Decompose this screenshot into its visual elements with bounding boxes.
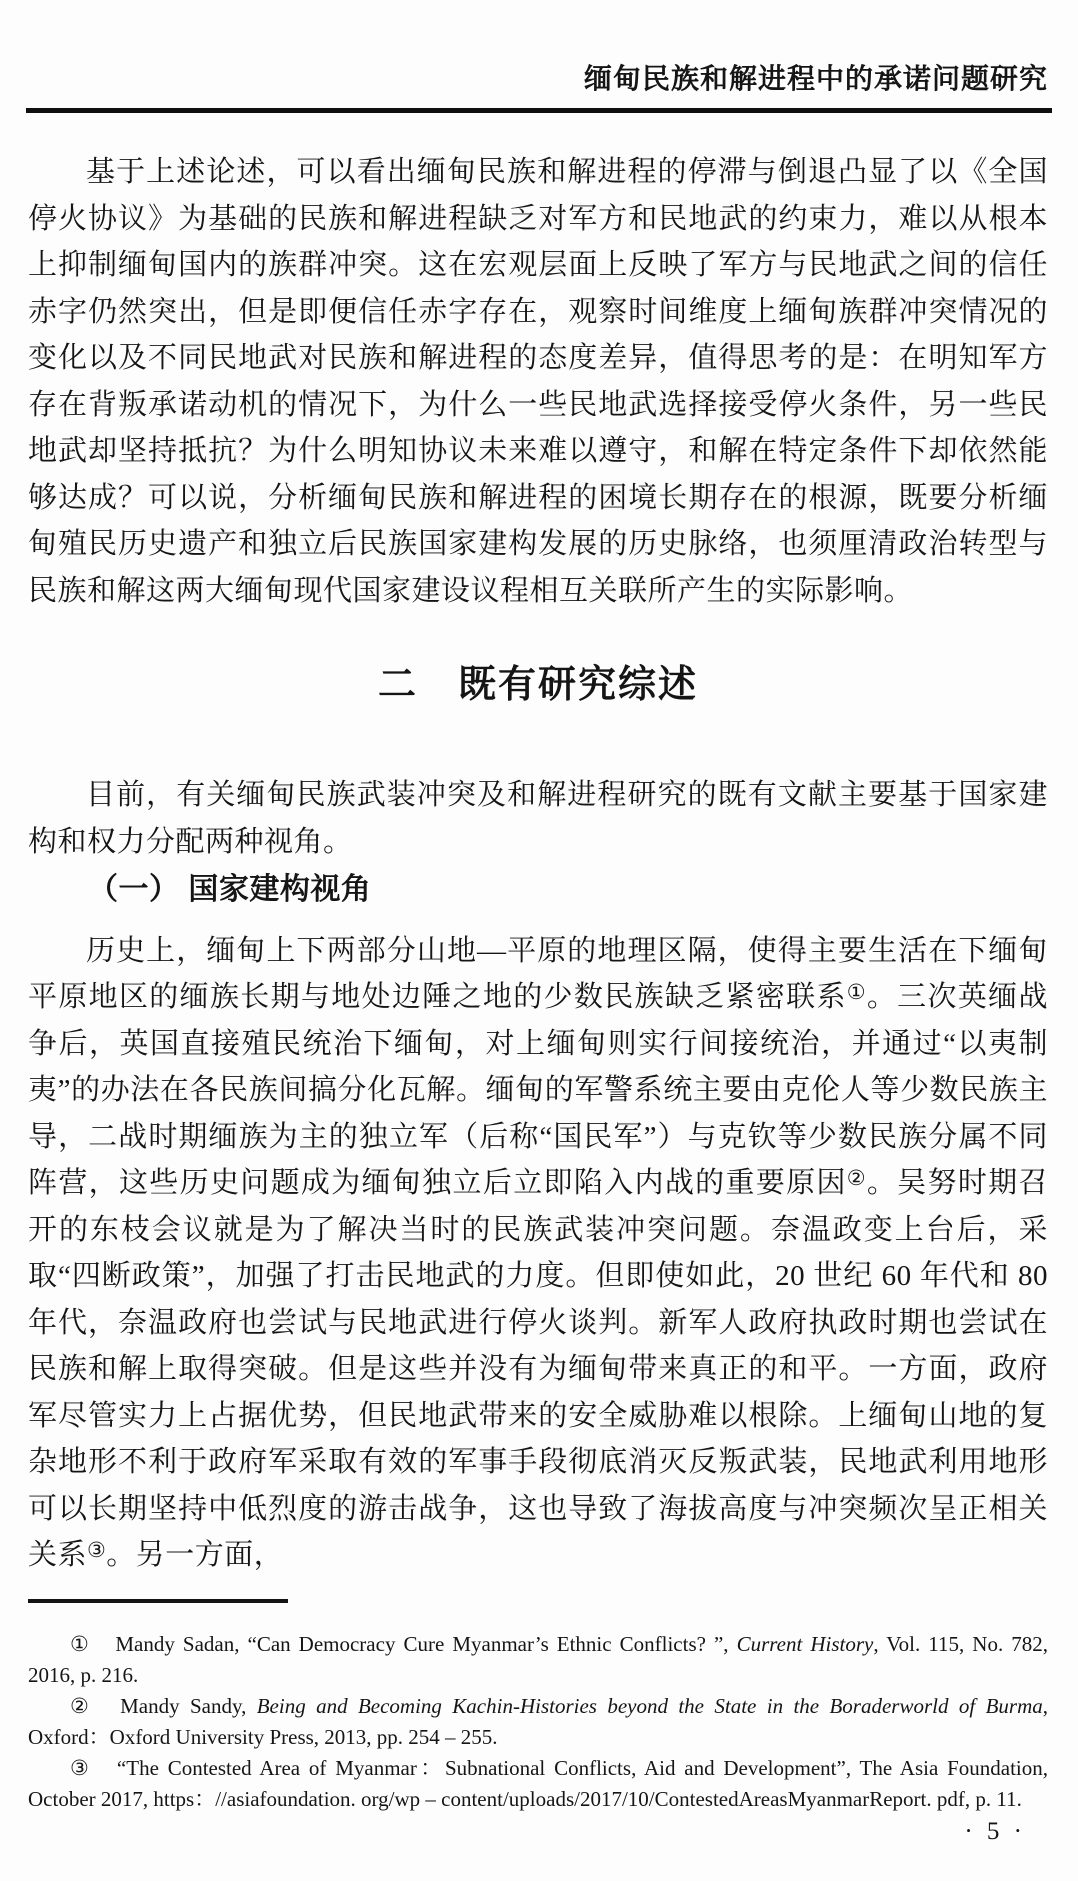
footnote-2: ② Mandy Sandy, Being and Becoming Kachin…: [28, 1691, 1048, 1753]
paragraph-intro: 基于上述论述，可以看出缅甸民族和解进程的停滞与倒退凸显了以《全国停火协议》为基础…: [28, 149, 1048, 614]
paragraph-state-building: 历史上，缅甸上下两部分山地—平原的地理区隔，使得主要生活在下缅甸平原地区的缅族长…: [28, 928, 1048, 1579]
section-heading: 二 既有研究综述: [28, 662, 1048, 708]
page-number: · 5 ·: [964, 1818, 1026, 1846]
page-content: 基于上述论述，可以看出缅甸民族和解进程的停滞与倒退凸显了以《全国停火协议》为基础…: [0, 149, 1078, 1815]
document-page: 缅甸民族和解进程中的承诺问题研究 基于上述论述，可以看出缅甸民族和解进程的停滞与…: [0, 0, 1078, 1881]
running-header-title: 缅甸民族和解进程中的承诺问题研究: [28, 62, 1048, 98]
subsection-heading: （一） 国家建构视角: [28, 867, 1048, 914]
footnote-3: ③ “The Contested Area of Myanmar：Subnati…: [28, 1753, 1048, 1815]
header-rule: [26, 108, 1052, 113]
footnote-1: ① Mandy Sadan, “Can Democracy Cure Myanm…: [28, 1629, 1048, 1691]
footnotes-section: ① Mandy Sadan, “Can Democracy Cure Myanm…: [28, 1603, 1048, 1815]
paragraph-overview: 目前，有关缅甸民族武装冲突及和解进程研究的既有文献主要基于国家建构和权力分配两种…: [28, 772, 1048, 865]
